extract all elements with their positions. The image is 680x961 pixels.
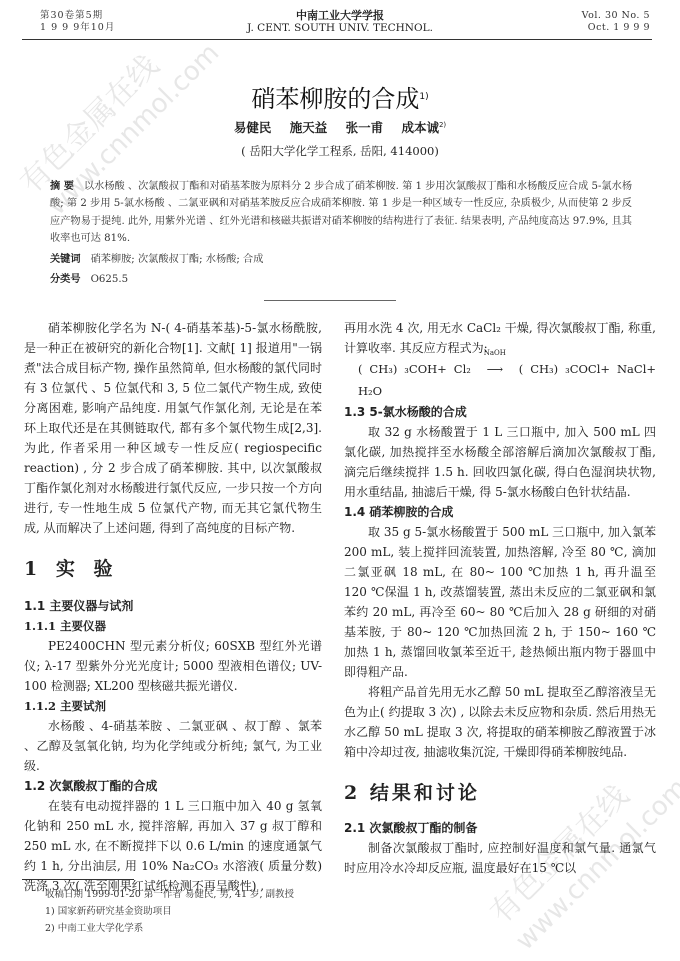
date-en: Oct. 1 9 9 9	[582, 22, 650, 34]
author-list: 易健民 施天益 张一甫 成本诚2)	[0, 118, 680, 136]
author: 施天益	[290, 120, 328, 135]
abstract-text: 以水杨酸 、次氯酸叔丁酯和对硝基苯胺为原料分 2 步合成了硝苯柳胺. 第 1 步…	[50, 181, 632, 244]
journal-name-en: J. CENT. SOUTH UNIV. TECHNOL.	[190, 22, 490, 35]
journal-name: 中南工业大学学报 J. CENT. SOUTH UNIV. TECHNOL.	[190, 9, 490, 35]
journal-name-cn: 中南工业大学学报	[190, 9, 490, 22]
intro-paragraph: 硝苯柳胺化学名为 N-( 4-硝基苯基)-5-氯水杨酰胺, 是一种正在被研究的新…	[24, 318, 322, 538]
header-rule	[22, 39, 652, 40]
volume-no-en: Vol. 30 No. 5	[582, 10, 650, 22]
title-text: 硝苯柳胺的合成	[251, 85, 419, 113]
reaction-arrow-icon: NaOH⟶	[478, 358, 512, 380]
right-column: 再用水洗 4 次, 用无水 CaCl₂ 干燥, 得次氯酸叔丁酯, 称重, 计算收…	[344, 318, 656, 878]
discussion-2-1-paragraph: 制备次氯酸叔丁酯时, 应控制好温度和氯气量. 通氯气时应用冷水冷却反应瓶, 温度…	[344, 838, 656, 878]
synthesis-1-3-paragraph: 取 32 g 水杨酸置于 1 L 三口瓶中, 加入 500 mL 四氯化碳, 加…	[344, 422, 656, 502]
instruments-paragraph: PE2400CHN 型元素分析仪; 60SXB 型红外光谱仪; λ-17 型紫外…	[24, 636, 322, 696]
section-1-2-heading: 1.2 次氯酸叔丁酯的合成	[24, 776, 322, 796]
abstract-separator	[264, 300, 396, 301]
section-2-heading: 2 结果和讨论	[344, 780, 656, 806]
received-date-note: 收稿日期 1999-01-20 第一作者 易健民, 男, 41 岁, 副教授	[45, 889, 294, 901]
classification: 分类号O625.5	[50, 270, 128, 285]
volume-issue-text: 第30卷第5期	[40, 10, 115, 22]
journal-volume-en: Vol. 30 No. 5 Oct. 1 9 9 9	[582, 10, 650, 34]
synthesis-1-2-paragraph: 在装有电动搅拌器的 1 L 三口瓶中加入 40 g 氢氧化钠和 250 mL 水…	[24, 796, 322, 896]
footnote-2: 2) 中南工业大学化学系	[45, 923, 143, 935]
author: 成本诚	[401, 120, 439, 135]
synthesis-1-4-paragraph-1: 取 35 g 5-氯水杨酸置于 500 mL 三口瓶中, 加入氯苯 200 mL…	[344, 522, 656, 682]
classification-label: 分类号	[50, 274, 81, 285]
synthesis-1-4-paragraph-2: 将粗产品首先用无水乙醇 50 mL 提取至乙醇溶液呈无色为止( 约提取 3 次)…	[344, 682, 656, 762]
left-column: 硝苯柳胺化学名为 N-( 4-硝基苯基)-5-氯水杨酰胺, 是一种正在被研究的新…	[24, 318, 322, 896]
equation-reactants: ( CH₃) ₃COH+ Cl₂	[358, 362, 471, 376]
keywords-label: 关键词	[50, 254, 81, 265]
abstract: 摘 要以水杨酸 、次氯酸叔丁酯和对硝基苯胺为原料分 2 步合成了硝苯柳胺. 第 …	[50, 178, 632, 248]
journal-volume-issue: 第30卷第5期 1 9 9 9年10月	[40, 10, 115, 34]
reaction-equation: ( CH₃) ₃COH+ Cl₂ NaOH⟶ ( CH₃) ₃COCl+ NaC…	[344, 358, 656, 402]
footnote-1: 1) 国家新药研究基金资助项目	[45, 906, 172, 918]
section-1-4-heading: 1.4 硝苯柳胺的合成	[344, 502, 656, 522]
article-title: 硝苯柳胺的合成1)	[0, 84, 680, 114]
reagents-paragraph: 水杨酸 、4-硝基苯胺 、二氯亚砜 、叔丁醇 、氯苯 、乙醇及氢氧化钠, 均为化…	[24, 716, 322, 776]
section-1-3-heading: 1.3 5-氯水杨酸的合成	[344, 402, 656, 422]
abstract-label: 摘 要	[50, 181, 74, 192]
issue-date-text: 1 9 9 9年10月	[40, 22, 115, 34]
affiliation: ( 岳阳大学化学工程系, 岳阳, 414000)	[0, 143, 680, 159]
catalyst-label: NaOH	[478, 349, 512, 357]
keywords-text: 硝苯柳胺; 次氯酸叔丁酯; 水杨酸; 合成	[91, 254, 264, 265]
author-footnote-mark: 2)	[439, 121, 446, 129]
footnote-rule	[22, 879, 134, 880]
section-2-1-heading: 2.1 次氯酸叔丁酯的制备	[344, 818, 656, 838]
section-1-1-2-heading: 1.1.2 主要试剂	[24, 696, 322, 716]
keywords: 关键词硝苯柳胺; 次氯酸叔丁酯; 水杨酸; 合成	[50, 250, 263, 265]
section-1-1-heading: 1.1 主要仪器与试剂	[24, 596, 322, 616]
classification-number: O625.5	[91, 274, 129, 285]
author: 易健民	[234, 120, 272, 135]
section-1-1-1-heading: 1.1.1 主要仪器	[24, 616, 322, 636]
section-1-heading: 1 实 验	[24, 556, 322, 582]
title-footnote-mark: 1)	[419, 92, 428, 102]
author: 张一甫	[346, 120, 384, 135]
